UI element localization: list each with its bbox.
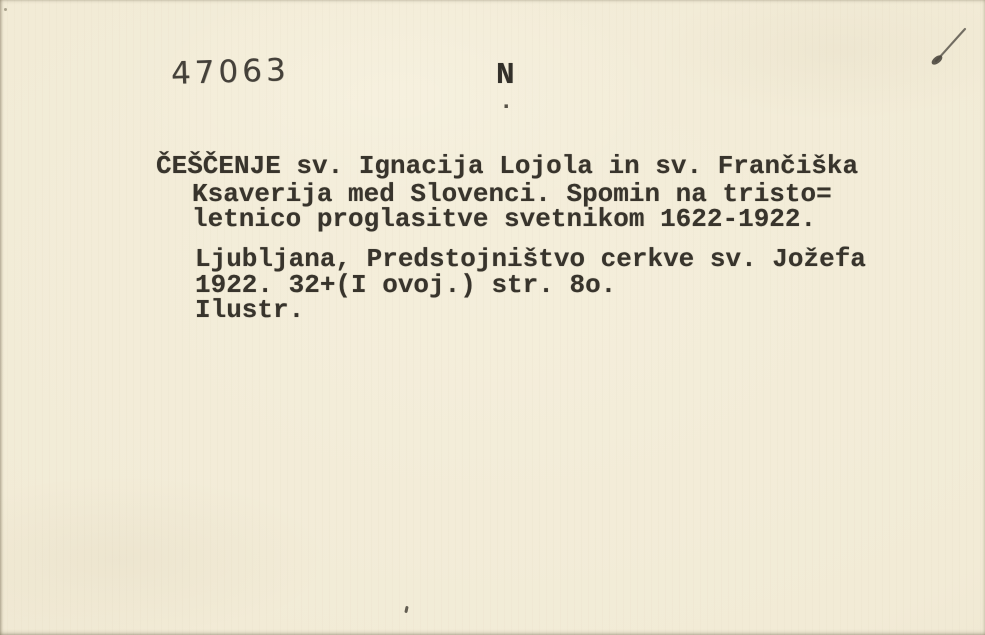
pencil-tick-icon: [924, 20, 976, 70]
catalog-card: 47063 N . ČEŠČENJE sv. Ignacija Lojola i…: [0, 0, 985, 635]
period-mark: .: [499, 91, 513, 115]
title-line-3: letnico proglasitve svetnikom 1622-1922.: [192, 206, 816, 232]
catalog-number: 47063: [170, 52, 290, 92]
imprint-line-1: Ljubljana, Predstojništvo cerkve sv. Jož…: [195, 246, 866, 272]
ink-speck: [404, 606, 408, 613]
corner-fleck: [4, 8, 7, 11]
imprint-line-3: Ilustr.: [195, 297, 304, 323]
section-letter: N: [496, 60, 515, 91]
title-line-1: ČEŠČENJE sv. Ignacija Lojola in sv. Fran…: [156, 153, 858, 179]
